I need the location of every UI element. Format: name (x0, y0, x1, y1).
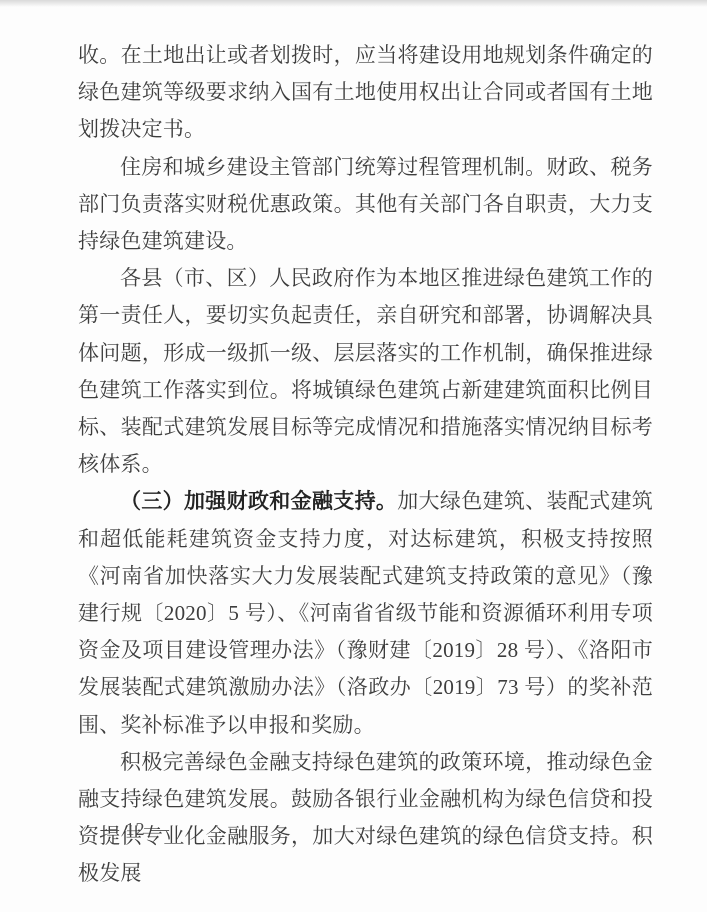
document-page: 收。在土地出让或者划拨时，应当将建设用地规划条件确定的绿色建筑等级要求纳入国有土… (0, 0, 707, 912)
paragraph-continuation: 收。在土地出让或者划拨时，应当将建设用地规划条件确定的绿色建筑等级要求纳入国有土… (78, 37, 653, 149)
page-number: — 12 — (101, 817, 170, 841)
paragraph-text: 加大绿色建筑、装配式建筑和超低能耗建筑资金支持力度，对达标建筑，积极支持按照《河… (78, 489, 653, 736)
paragraph-fiscal-financial-support: （三）加强财政和金融支持。加大绿色建筑、装配式建筑和超低能耗建筑资金支持力度，对… (78, 483, 653, 743)
paragraph-text: 收。在土地出让或者划拨时，应当将建设用地规划条件确定的绿色建筑等级要求纳入国有土… (78, 43, 653, 141)
body-text: 收。在土地出让或者划拨时，应当将建设用地规划条件确定的绿色建筑等级要求纳入国有土… (78, 37, 653, 893)
paragraph-county-governments: 各县（市、区）人民政府作为本地区推进绿色建筑工作的第一责任人，要切实负起责任，亲… (78, 260, 653, 483)
paragraph-text: 各县（市、区）人民政府作为本地区推进绿色建筑工作的第一责任人，要切实负起责任，亲… (78, 266, 653, 476)
section-heading-bold: （三）加强财政和金融支持。 (120, 489, 397, 513)
paragraph-text: 住房和城乡建设主管部门统筹过程管理机制。财政、税务部门负责落实财税优惠政策。其他… (78, 155, 653, 253)
paragraph-departments: 住房和城乡建设主管部门统筹过程管理机制。财政、税务部门负责落实财税优惠政策。其他… (78, 149, 653, 261)
scan-edge-shadow (0, 0, 707, 7)
